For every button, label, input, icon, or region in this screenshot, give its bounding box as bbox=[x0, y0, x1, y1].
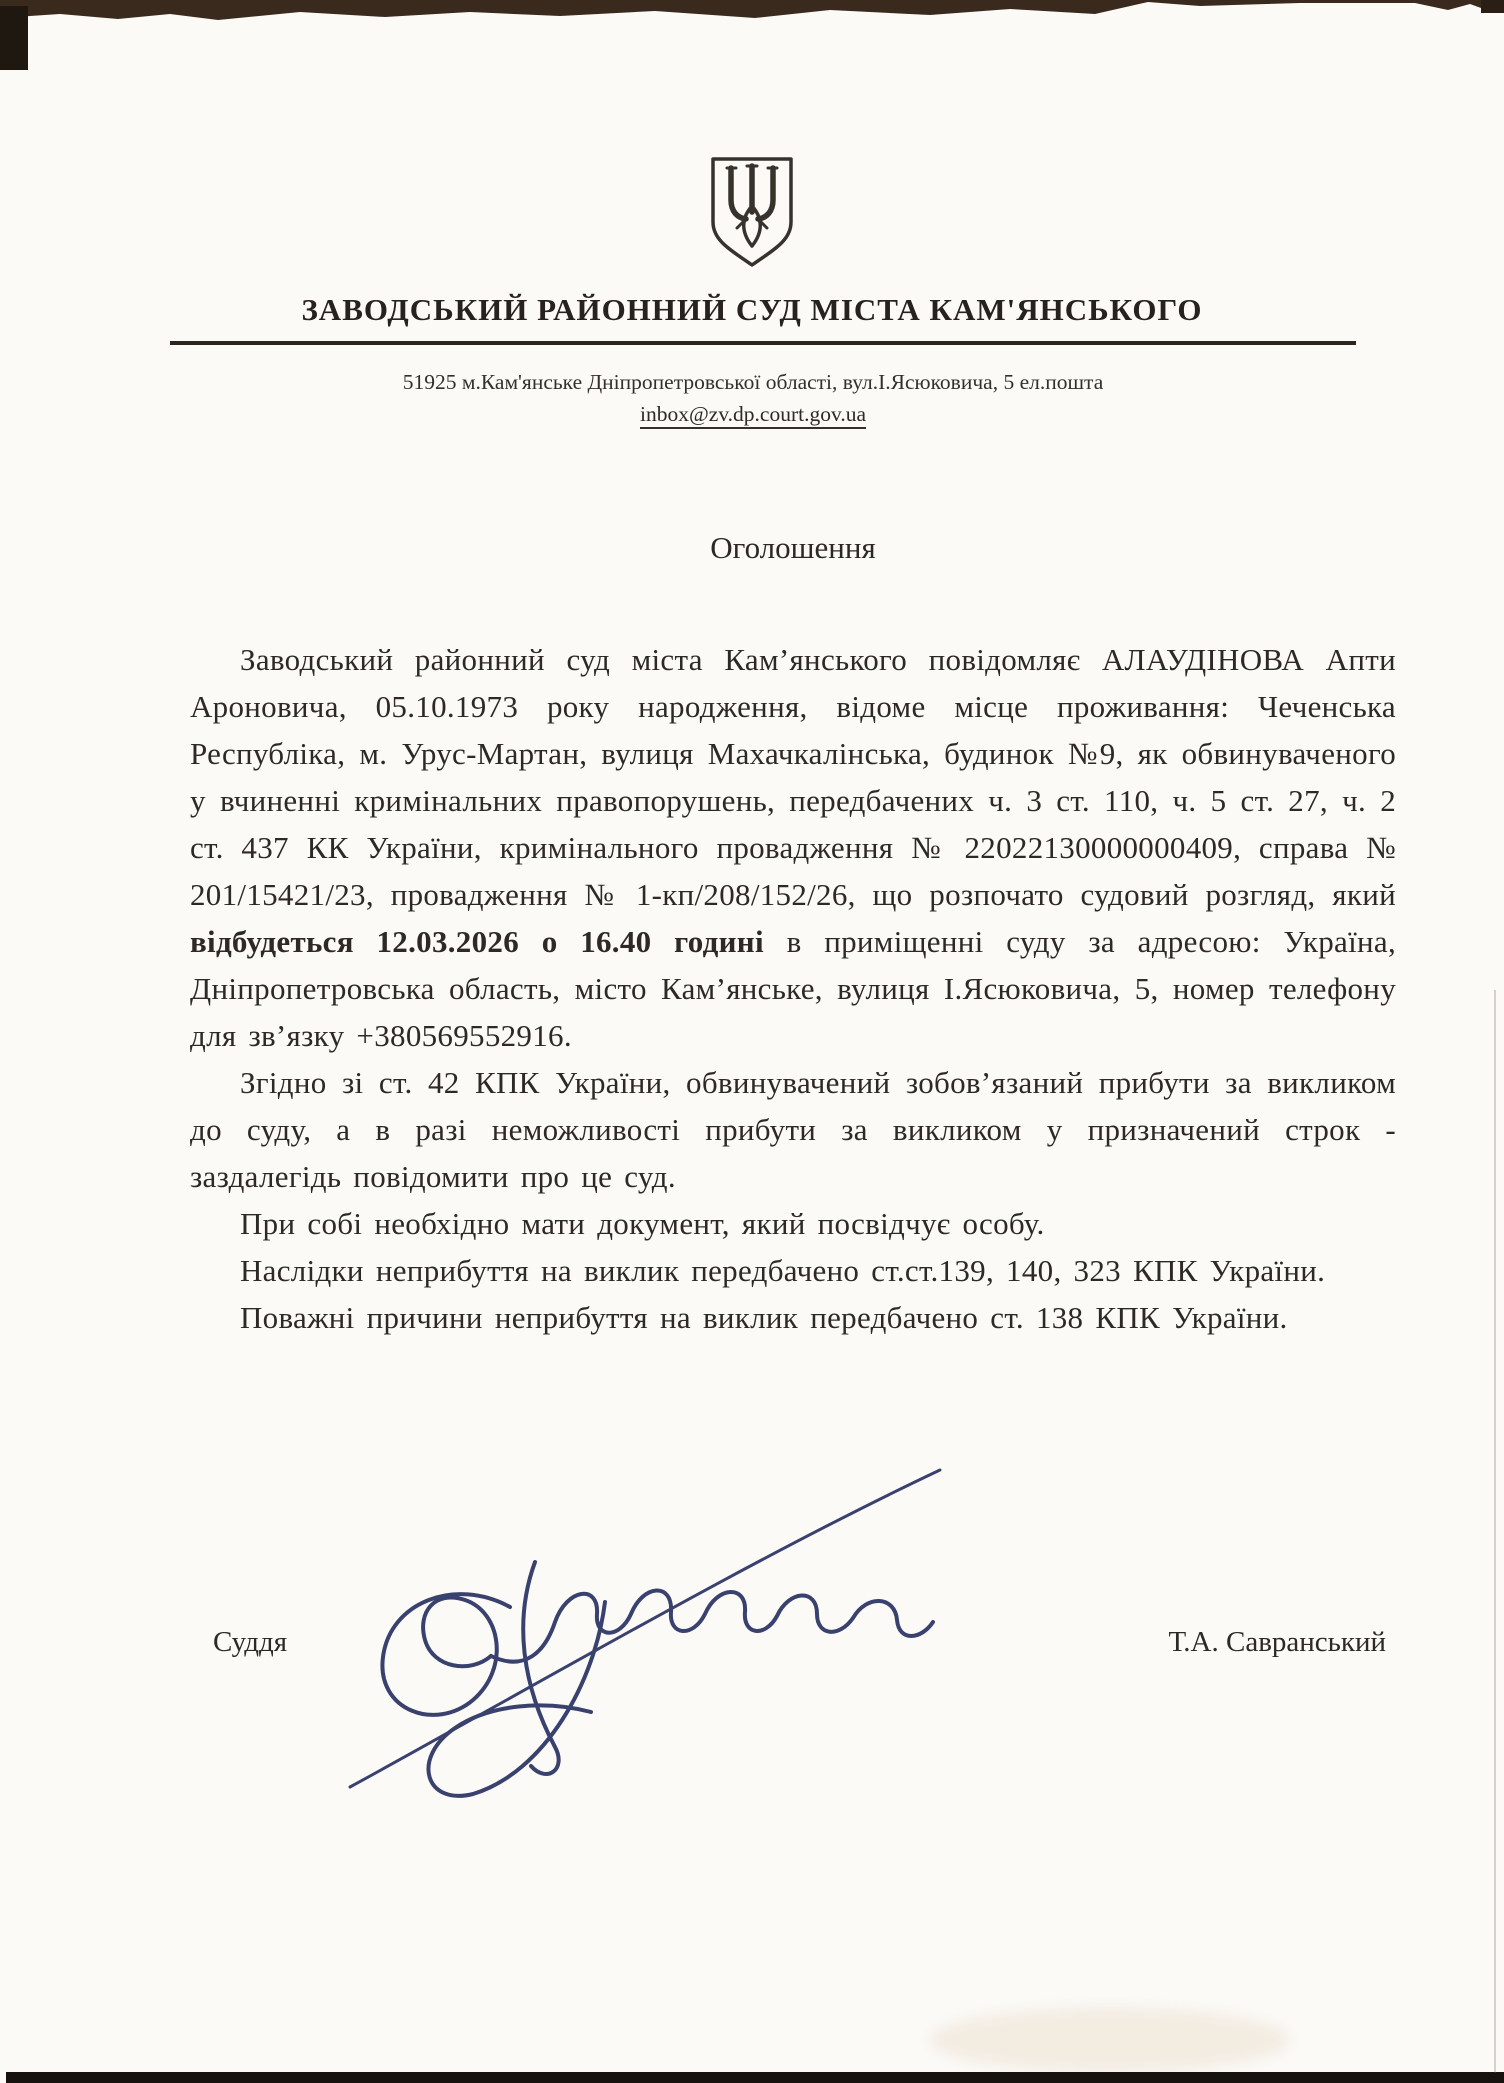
scan-smudge bbox=[930, 2008, 1290, 2072]
court-name-heading: ЗАВОДСЬКИЙ РАЙОННИЙ СУД МІСТА КАМ'ЯНСЬКО… bbox=[0, 292, 1504, 328]
scan-artifact-top-band bbox=[0, 0, 1504, 90]
court-email: inbox@zv.dp.court.gov.ua bbox=[150, 402, 1356, 427]
signature-scrawl bbox=[305, 1442, 955, 1832]
court-address: 51925 м.Кам'янське Дніпропетровської обл… bbox=[150, 370, 1356, 395]
paragraph-id-document: При собі необхідно мати документ, який п… bbox=[190, 1200, 1396, 1247]
announcement-body: Заводський районний суд міста Кам’янсько… bbox=[190, 636, 1396, 1341]
scan-artifact-bottom-bar bbox=[6, 2072, 1504, 2083]
hearing-datetime: відбудеться 12.03.2026 о 16.40 годині bbox=[190, 924, 764, 959]
header-divider bbox=[170, 341, 1356, 345]
coat-of-arms-icon bbox=[705, 156, 799, 271]
case-details-text: Заводський районний суд міста Кам’янсько… bbox=[190, 642, 1396, 912]
court-email-text: inbox@zv.dp.court.gov.ua bbox=[640, 402, 866, 429]
paragraph-valid-reasons: Поважні причини неприбуття на виклик пер… bbox=[190, 1294, 1396, 1341]
paragraph-obligation: Згідно зі ст. 42 КПК України, обвинуваче… bbox=[190, 1059, 1396, 1200]
paragraph-consequences: Наслідки неприбуття на виклик передбачен… bbox=[190, 1247, 1396, 1294]
document-title: Оголошення bbox=[190, 530, 1396, 566]
scan-edge-line bbox=[1494, 990, 1496, 2073]
scanned-court-document-page: { "header": { "court_name": "ЗАВОДСЬКИЙ … bbox=[0, 0, 1504, 2083]
judge-name: Т.А. Савранський bbox=[1168, 1626, 1386, 1659]
paragraph-case-details: Заводський районний суд міста Кам’янсько… bbox=[190, 636, 1396, 1059]
judge-role-label: Суддя bbox=[213, 1626, 287, 1659]
